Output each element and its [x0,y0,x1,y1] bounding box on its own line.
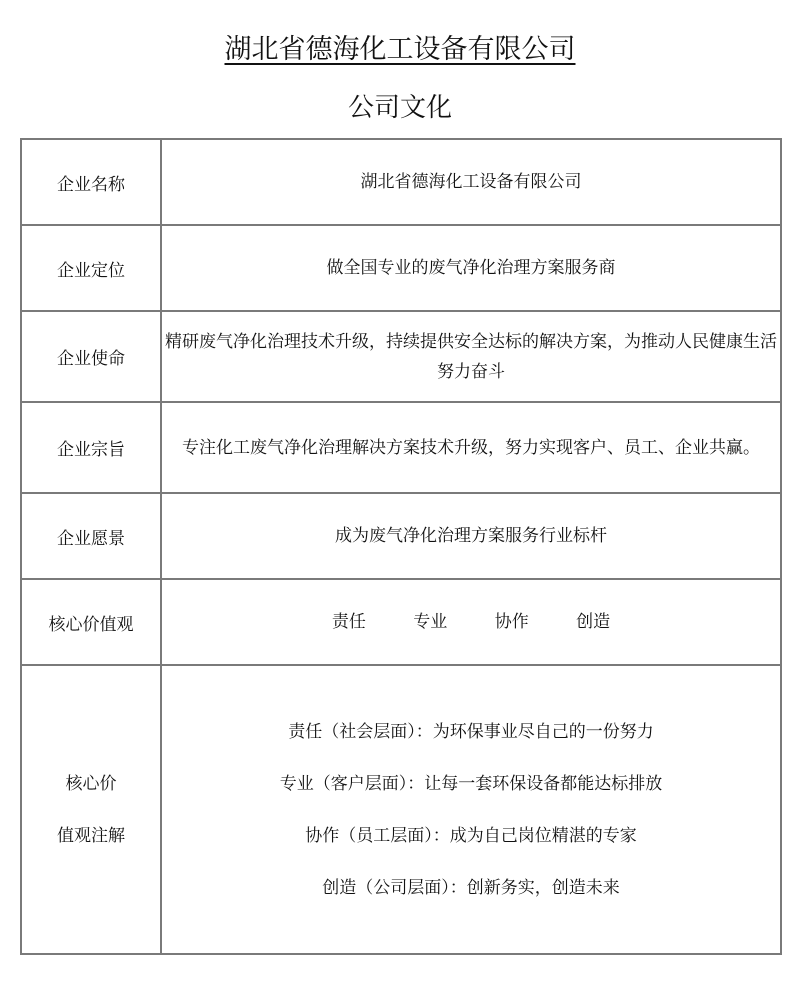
core-values-list: 责任 专业 协作 创造 [161,579,781,665]
row-label: 企业愿景 [21,493,161,579]
note-item: 责任（社会层面）：为环保事业尽自己的一份努力 [162,706,780,758]
core-value-item: 责任 [332,607,366,637]
note-item: 协作（员工层面）：成为自己岗位精湛的专家 [162,810,780,862]
row-value: 做全国专业的废气净化治理方案服务商 [161,225,781,311]
row-label: 核心价值观 [21,579,161,665]
document-subtitle: 公司文化 [0,90,800,126]
row-label: 企业名称 [21,139,161,225]
row-label: 企业宗旨 [21,402,161,493]
core-value-item: 协作 [495,607,529,637]
label-line: 值观注解 [22,810,160,862]
core-value-item: 创造 [576,607,610,637]
table-row-company-name: 企业名称 湖北省德海化工设备有限公司 [21,139,781,225]
row-label: 企业使命 [21,311,161,402]
document-title: 湖北省德海化工设备有限公司 [0,32,800,68]
row-value: 精研废气净化治理技术升级，持续提供安全达标的解决方案，为推动人民健康生活努力奋斗 [161,311,781,402]
row-value: 专注化工废气净化治理解决方案技术升级，努力实现客户、员工、企业共赢。 [161,402,781,493]
note-item: 创造（公司层面）：创新务实，创造未来 [162,862,780,914]
core-values-notes: 责任（社会层面）：为环保事业尽自己的一份努力 专业（客户层面）：让每一套环保设备… [161,665,781,954]
table-row-positioning: 企业定位 做全国专业的废气净化治理方案服务商 [21,225,781,311]
label-line: 核心价 [22,758,160,810]
table-row-core-values: 核心价值观 责任 专业 协作 创造 [21,579,781,665]
row-label: 企业定位 [21,225,161,311]
company-title: 湖北省德海化工设备有限公司 [217,34,584,65]
table-row-mission: 企业使命 精研废气净化治理技术升级，持续提供安全达标的解决方案，为推动人民健康生… [21,311,781,402]
table-row-core-values-notes: 核心价 值观注解 责任（社会层面）：为环保事业尽自己的一份努力 专业（客户层面）… [21,665,781,954]
company-culture-table: 企业名称 湖北省德海化工设备有限公司 企业定位 做全国专业的废气净化治理方案服务… [20,138,782,955]
row-label: 核心价 值观注解 [21,665,161,954]
table-row-vision: 企业愿景 成为废气净化治理方案服务行业标杆 [21,493,781,579]
table-row-purpose: 企业宗旨 专注化工废气净化治理解决方案技术升级，努力实现客户、员工、企业共赢。 [21,402,781,493]
note-item: 专业（客户层面）：让每一套环保设备都能达标排放 [162,758,780,810]
row-value: 成为废气净化治理方案服务行业标杆 [161,493,781,579]
core-value-item: 专业 [413,607,447,637]
row-value: 湖北省德海化工设备有限公司 [161,139,781,225]
